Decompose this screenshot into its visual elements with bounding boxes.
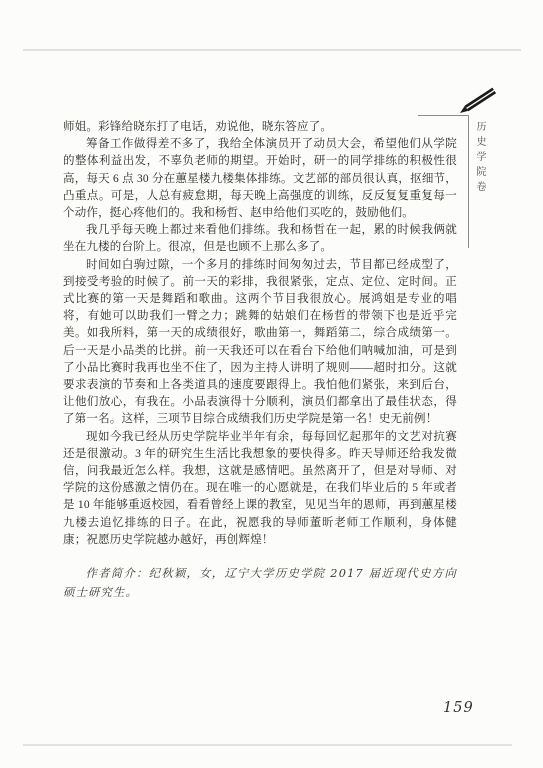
volume-label: 历史学院卷 xyxy=(472,121,487,196)
pen-icon xyxy=(452,87,506,117)
page-number: 159 xyxy=(443,700,474,716)
paragraph-3: 我几乎每天晚上都过来看他们排练。我和杨哲在一起，累的时候我俩就坐在九楼的台阶上。… xyxy=(63,222,457,256)
marker-horizontal-rule xyxy=(418,115,469,116)
paragraph-5: 现如今我已经从历史学院毕业半年有余，每每回忆起那年的文艺对抗赛还是很激动。3 年… xyxy=(63,429,457,549)
paragraph-list: 师姐。彩锋给晓东打了电话，劝说他，晓东答应了。筹备工作做得差不多了，我给全体演员… xyxy=(63,119,457,549)
marker-vertical-rule xyxy=(468,115,469,248)
page-bottom-edge xyxy=(23,744,512,746)
paragraph-4: 时间如白驹过隙，一个多月的排练时间匆匆过去，节目都已经成型了，到接受考验的时候了… xyxy=(63,257,457,429)
paragraph-1: 师姐。彩锋给晓东打了电话，劝说他，晓东答应了。 xyxy=(63,119,457,136)
page-top-edge xyxy=(23,49,521,51)
author-bio: 作者简介：纪秋颖，女，辽宁大学历史学院 2017 届近现代史方向硕士研究生。 xyxy=(63,564,457,602)
body-text: 师姐。彩锋给晓东打了电话，劝说他，晓东答应了。筹备工作做得差不多了，我给全体演员… xyxy=(63,119,457,602)
book-page: 历史学院卷 师姐。彩锋给晓东打了电话，劝说他，晓东答应了。筹备工作做得差不多了，… xyxy=(0,0,543,768)
paragraph-2: 筹备工作做得差不多了，我给全体演员开了动员大会，希望他们从学院的整体利益出发，不… xyxy=(63,136,457,222)
